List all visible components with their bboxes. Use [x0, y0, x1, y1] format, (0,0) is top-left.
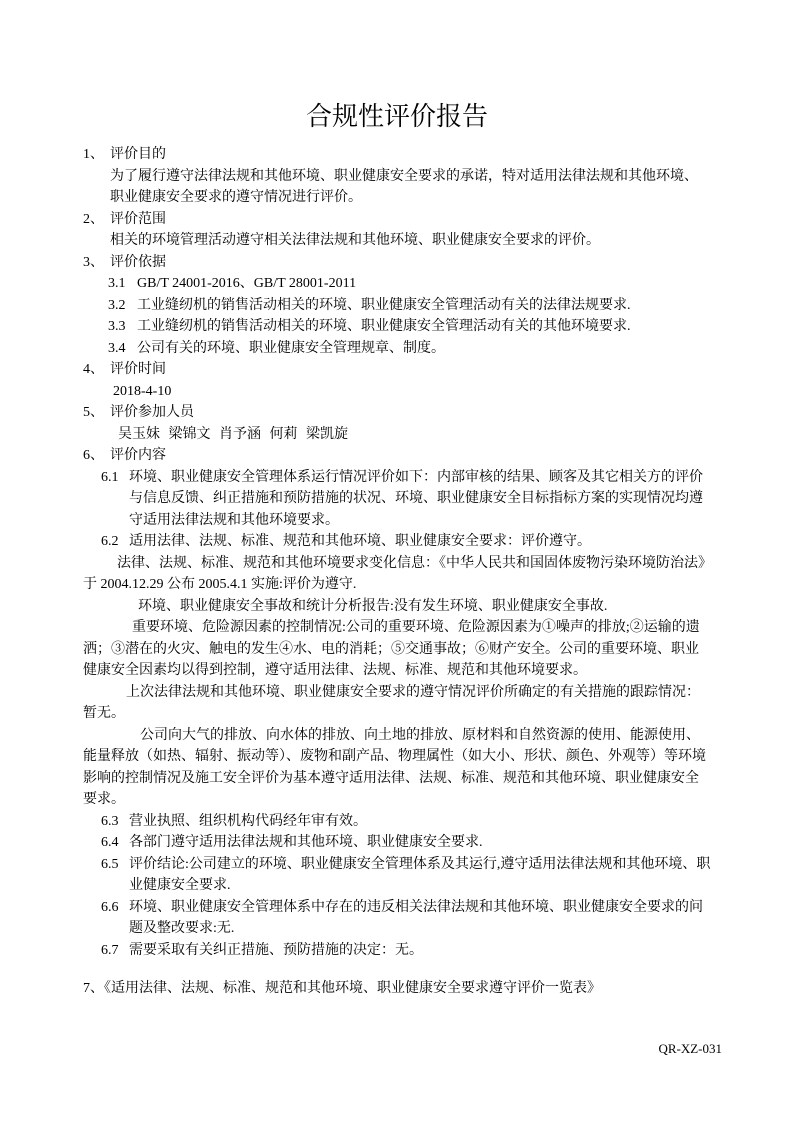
section-4-heading: 4、评价时间: [83, 359, 711, 381]
section-1-label: 评价目的: [110, 147, 166, 162]
document-title: 合规性评价报告: [83, 103, 711, 131]
section-1-number: 1、: [83, 144, 110, 166]
list-item-3-3-number: 3.3: [108, 316, 137, 338]
list-item-6-1-text: 环境、职业健康安全管理体系运行情况评价如下：内部审核的结果、顾客及其它相关方的评…: [129, 470, 703, 528]
list-item-3-1-number: 3.1: [108, 273, 137, 295]
list-item-6-2-number: 6.2: [101, 531, 129, 553]
section-7-reference: 7、《适用法律、法规、标准、规范和其他环境、职业健康安全要求遵守评价一览表》: [83, 978, 711, 1000]
list-item-3-4: 3.4公司有关的环境、职业健康安全管理规章、制度。: [108, 338, 711, 360]
list-item-6-3-number: 6.3: [101, 811, 129, 833]
section-1-body: 为了履行遵守法律法规和其他环境、职业健康安全要求的承诺，特对适用法律法规和其他环…: [110, 166, 711, 209]
list-item-6-7-number: 6.7: [101, 940, 129, 962]
list-item-6-2-text: 适用法律、法规、标准、规范和其他环境、职业健康安全要求：评价遵守。: [129, 534, 591, 549]
section-3-heading: 3、评价依据: [83, 252, 711, 274]
list-item-3-2-number: 3.2: [108, 295, 137, 317]
list-item-6-5: 6.5评价结论:公司建立的环境、职业健康安全管理体系及其运行,遵守适用法律法规和…: [101, 854, 711, 897]
section-1-heading: 1、评价目的: [83, 144, 711, 166]
section-2-number: 2、: [83, 209, 110, 231]
list-item-3-4-text: 公司有关的环境、职业健康安全管理规章、制度。: [137, 341, 445, 356]
section-4-label: 评价时间: [110, 362, 166, 377]
document-page: 合规性评价报告 1、评价目的 为了履行遵守法律法规和其他环境、职业健康安全要求的…: [0, 0, 793, 1122]
list-item-3-2: 3.2工业缝纫机的销售活动相关的环境、职业健康安全管理活动有关的法律法规要求.: [108, 295, 711, 317]
section-5-heading: 5、评价参加人员: [83, 402, 711, 424]
list-item-6-5-text: 评价结论:公司建立的环境、职业健康安全管理体系及其运行,遵守适用法律法规和其他环…: [129, 857, 710, 894]
evaluation-date: 2018-4-10: [113, 381, 711, 403]
section-5-label: 评价参加人员: [110, 405, 194, 420]
list-item-6-5-number: 6.5: [101, 854, 129, 876]
list-item-3-3: 3.3工业缝纫机的销售活动相关的环境、职业健康安全管理活动有关的其他环境要求.: [108, 316, 711, 338]
section-4-number: 4、: [83, 359, 110, 381]
list-item-6-7-text: 需要采取有关纠正措施、预防措施的决定：无。: [129, 943, 423, 958]
list-item-6-3: 6.3营业执照、组织机构代码经年审有效。: [101, 811, 711, 833]
list-item-6-6-text: 环境、职业健康安全管理体系中存在的违反相关法律法规和其他环境、职业健康安全要求的…: [129, 900, 703, 937]
list-item-3-4-number: 3.4: [108, 338, 137, 360]
paragraph-6-2-environmental-impact: 公司向大气的排放、向水体的排放、向土地的排放、原材料和自然资源的使用、能源使用、…: [83, 725, 711, 811]
section-3-label: 评价依据: [110, 255, 166, 270]
section-2-heading: 2、评价范围: [83, 209, 711, 231]
document-code: QR-XZ-031: [658, 1041, 722, 1056]
list-item-3-3-text: 工业缝纫机的销售活动相关的环境、职业健康安全管理活动有关的其他环境要求.: [137, 319, 631, 334]
list-item-6-6-number: 6.6: [101, 897, 129, 919]
paragraph-6-2-accident-report: 环境、职业健康安全事故和统计分析报告:没有发生环境、职业健康安全事故.: [83, 596, 711, 618]
list-item-6-1: 6.1环境、职业健康安全管理体系运行情况评价如下：内部审核的结果、顾客及其它相关…: [101, 467, 711, 532]
participant-names: 吴玉妹 梁锦文 肖予涵 何莉 梁凯旋: [118, 424, 711, 446]
list-item-6-3-text: 营业执照、组织机构代码经年审有效。: [129, 814, 367, 829]
list-item-6-4-text: 各部门遵守适用法律法规和其他环境、职业健康安全要求.: [129, 835, 483, 850]
list-item-3-1-text: GB/T 24001-2016、GB/T 28001-2011: [137, 276, 356, 291]
list-item-6-4: 6.4各部门遵守适用法律法规和其他环境、职业健康安全要求.: [101, 832, 711, 854]
list-item-3-2-text: 工业缝纫机的销售活动相关的环境、职业健康安全管理活动有关的法律法规要求.: [137, 298, 631, 313]
list-item-6-1-number: 6.1: [101, 467, 129, 489]
list-item-3-1: 3.1GB/T 24001-2016、GB/T 28001-2011: [108, 273, 711, 295]
section-5-number: 5、: [83, 402, 110, 424]
section-6-label: 评价内容: [110, 448, 166, 463]
paragraph-6-2-risk-control: 重要环境、危险源因素的控制情况:公司的重要环境、危险源因素为①噪声的排放;②运输…: [83, 617, 711, 682]
section-6-number: 6、: [83, 445, 110, 467]
list-item-6-4-number: 6.4: [101, 832, 129, 854]
paragraph-6-2-legal-change: 法律、法规、标准、规范和其他环境要求变化信息：《中华人民共和国固体废物污染环境防…: [83, 553, 711, 596]
section-2-body: 相关的环境管理活动遵守相关法律法规和其他环境、职业健康安全要求的评价。: [110, 230, 711, 252]
section-3-number: 3、: [83, 252, 110, 274]
list-item-6-2: 6.2适用法律、法规、标准、规范和其他环境、职业健康安全要求：评价遵守。: [101, 531, 711, 553]
section-2-label: 评价范围: [110, 212, 166, 227]
list-item-6-6: 6.6环境、职业健康安全管理体系中存在的违反相关法律法规和其他环境、职业健康安全…: [101, 897, 711, 940]
list-item-6-7: 6.7需要采取有关纠正措施、预防措施的决定：无。: [101, 940, 711, 962]
section-6-heading: 6、评价内容: [83, 445, 711, 467]
paragraph-6-2-followup: 上次法律法规和其他环境、职业健康安全要求的遵守情况评价所确定的有关措施的跟踪情况…: [83, 682, 711, 725]
